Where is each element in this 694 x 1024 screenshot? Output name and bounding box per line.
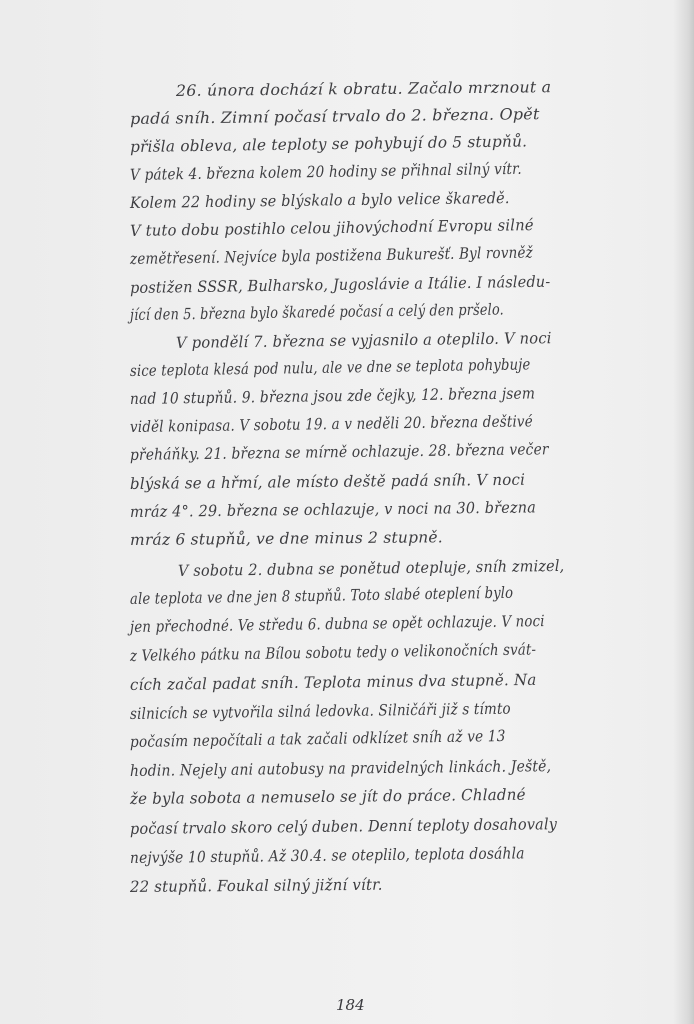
text-line: V sobotu 2. dubna se ponětud otepluje, s… xyxy=(178,557,565,580)
text-line: V pátek 4. března kolem 20 hodiny se při… xyxy=(130,160,522,184)
text-line: viděl konipasa. V sobotu 19. a v neděli … xyxy=(130,412,533,436)
text-line: počasí trvalo skoro celý duben. Denní te… xyxy=(130,815,557,838)
text-line: přeháňky. 21. března se mírně ochlazuje.… xyxy=(130,440,549,464)
text-line: nad 10 stupňů. 9. března jsou zde čejky,… xyxy=(130,384,535,408)
page-number: 184 xyxy=(336,996,365,1014)
text-line: přišla obleva, ale teploty se pohybují d… xyxy=(130,132,527,156)
text-line: Kolem 22 hodiny se blýskalo a bylo velic… xyxy=(130,189,510,212)
text-line: silnicích se vytvořila silná ledovka. Si… xyxy=(130,700,511,723)
text-line: sice teplota klesá pod nulu, ale ve dne … xyxy=(130,355,531,380)
text-line: blýská se a hřmí, ale místo deště padá s… xyxy=(130,471,525,493)
text-line: ale teplota ve dne jen 8 stupňů. Toto sl… xyxy=(130,584,513,608)
text-line: 22 stupňů. Foukal silný jižní vítr. xyxy=(130,876,383,896)
text-line: cích začal padat sníh. Teplota minus dva… xyxy=(130,671,537,694)
text-line: V pondělí 7. března se vyjasnilo a otepl… xyxy=(176,329,552,352)
text-line: nejvýše 10 stupňů. Až 30.4. se oteplilo,… xyxy=(130,844,525,867)
text-line: jící den 5. března bylo škaredé počasí a… xyxy=(130,300,504,324)
text-line: 26. února dochází k obratu. Začalo mrzno… xyxy=(176,78,551,100)
text-line: že byla sobota a nemuselo se jít do prác… xyxy=(130,786,526,808)
text-line: počasím nepočítali a tak začali odklízet… xyxy=(130,727,506,751)
text-line: mráz 4°. 29. března se ochlazuje, v noci… xyxy=(130,498,536,521)
scanned-page: 26. února dochází k obratu. Začalo mrzno… xyxy=(0,0,694,1024)
text-line: z Velkého pátku na Bílou sobotu tedy o v… xyxy=(130,640,536,665)
text-line: zemětřesení. Nejvíce byla postižena Buku… xyxy=(130,244,533,268)
text-line: mráz 6 stupňů, ve dne minus 2 stupně. xyxy=(130,528,443,549)
text-line: jen přechodné. Ve středu 6. dubna se opě… xyxy=(130,612,545,636)
text-line: postižen SSSR, Bulharsko, Jugoslávie a I… xyxy=(130,273,551,297)
text-line: V tuto dobu postihlo celou jihovýchodní … xyxy=(130,216,534,240)
text-line: hodin. Nejely ani autobusy na pravidelný… xyxy=(130,757,551,780)
text-line: padá sníh. Zimní počasí trvalo do 2. bře… xyxy=(130,105,540,128)
